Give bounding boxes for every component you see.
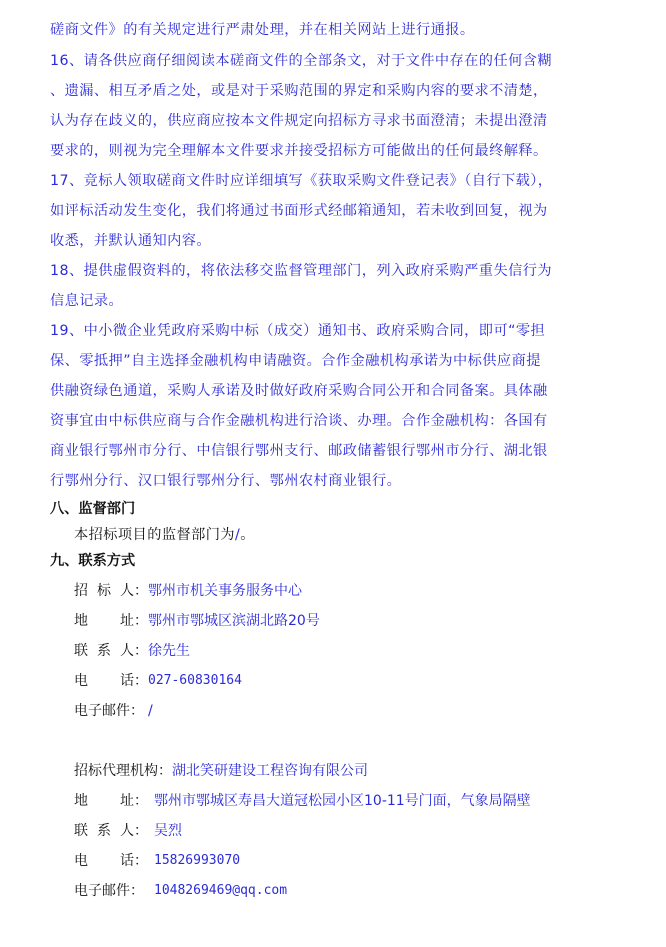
- tenderer-name-value: 鄂州市机关事务服务中心: [148, 582, 302, 600]
- tenderer-address-value: 鄂州市鄂城区滨湖北路20号: [148, 612, 320, 630]
- paragraph-16-line-4: 要求的，则视为完全理解本文件要求并接受招标方可能做出的任何最终解释。: [50, 142, 548, 160]
- agency-name-row: 招标代理机构： 湖北笑研建设工程咨询有限公司: [74, 762, 368, 780]
- tenderer-email-value: /: [148, 702, 153, 720]
- tenderer-contact-value: 徐先生: [148, 642, 190, 660]
- section-8-text-prefix: 本招标项目的监督部门为: [74, 527, 235, 543]
- section-8-text: 本招标项目的监督部门为/。: [74, 526, 255, 544]
- agency-name-label: 招标代理机构：: [74, 762, 172, 780]
- paragraph-17-line-2: 如评标活动发生变化，我们将通过书面形式经邮箱通知，若未收到回复，视为: [50, 202, 548, 220]
- paragraph-16-line-1: 16、请各供应商仔细阅读本磋商文件的全部条文，对于文件中存在的任何含糊: [50, 52, 552, 70]
- agency-email-label: 电子邮件：: [74, 882, 148, 900]
- paragraph-19-line-3: 供融资绿色通道，采购人承诺及时做好政府采购合同公开和合同备案。具体融: [50, 382, 548, 400]
- tenderer-address-row: 地 址： 鄂州市鄂城区滨湖北路20号: [74, 612, 320, 630]
- tenderer-name-label: 招 标 人：: [74, 582, 148, 600]
- paragraph-17-line-1: 17、竞标人领取磋商文件时应详细填写《获取采购文件登记表》（自行下载），: [50, 172, 552, 190]
- section-8-heading: 八、监督部门: [50, 500, 135, 518]
- agency-contact-value: 吴烈: [154, 822, 182, 840]
- agency-phone-row: 电 话： 15826993070: [74, 852, 240, 870]
- paragraph-19-line-5: 商业银行鄂州市分行、中信银行鄂州支行、邮政储蓄银行鄂州市分行、湖北银: [50, 442, 548, 460]
- agency-contact-label: 联 系 人：: [74, 822, 148, 840]
- agency-phone-label: 电 话：: [74, 852, 148, 870]
- agency-contact-row: 联 系 人： 吴烈: [74, 822, 182, 840]
- paragraph-17-line-3: 收悉，并默认通知内容。: [50, 232, 211, 250]
- tenderer-contact-label: 联 系 人：: [74, 642, 148, 660]
- agency-phone-value: 15826993070: [154, 852, 240, 870]
- tenderer-email-label: 电子邮件：: [74, 702, 148, 720]
- agency-email-value[interactable]: 1048269469@qq.com: [154, 882, 287, 900]
- paragraph-19-line-1: 19、中小微企业凭政府采购中标（成交）通知书、政府采购合同，即可“零担: [50, 322, 545, 340]
- tenderer-email-row: 电子邮件： /: [74, 702, 153, 720]
- paragraph-19-line-6: 行鄂州分行、汉口银行鄂州分行、鄂州农村商业银行。: [50, 472, 401, 490]
- tenderer-phone-label: 电 话：: [74, 672, 148, 690]
- tenderer-phone-row: 电 话： 027-60830164: [74, 672, 242, 690]
- paragraph-19-line-4: 资事宜由中标供应商与合作金融机构进行洽谈、办理。合作金融机构：各国有: [50, 412, 548, 430]
- paragraph-15-tail: 磋商文件》的有关规定进行严肃处理，并在相关网站上进行通报。: [50, 21, 475, 39]
- agency-address-row: 地 址： 鄂州市鄂城区寿昌大道冠松园小区10-11号门面，气象局隔壁: [74, 792, 531, 810]
- tenderer-address-label: 地 址：: [74, 612, 148, 630]
- agency-email-row: 电子邮件： 1048269469@qq.com: [74, 882, 287, 900]
- section-8-text-suffix: 。: [240, 527, 255, 543]
- paragraph-16-line-3: 认为存在歧义的，供应商应按本文件规定向招标方寻求书面澄清；未提出澄清: [50, 112, 548, 130]
- paragraph-19-line-2: 保、零抵押”自主选择金融机构申请融资。合作金融机构承诺为中标供应商提: [50, 352, 541, 370]
- agency-address-value: 鄂州市鄂城区寿昌大道冠松园小区10-11号门面，气象局隔壁: [154, 792, 531, 810]
- paragraph-18-line-1: 18、提供虚假资料的，将依法移交监督管理部门，列入政府采购严重失信行为: [50, 262, 552, 280]
- tenderer-name-row: 招 标 人： 鄂州市机关事务服务中心: [74, 582, 302, 600]
- tenderer-contact-row: 联 系 人： 徐先生: [74, 642, 190, 660]
- agency-name-value: 湖北笑研建设工程咨询有限公司: [172, 762, 368, 780]
- paragraph-16-line-2: 、遗漏、相互矛盾之处，或是对于采购范围的界定和采购内容的要求不清楚，: [50, 82, 548, 100]
- tenderer-phone-value: 027-60830164: [148, 672, 242, 690]
- section-9-heading: 九、联系方式: [50, 552, 135, 570]
- paragraph-18-line-2: 信息记录。: [50, 292, 123, 310]
- agency-address-label: 地 址：: [74, 792, 148, 810]
